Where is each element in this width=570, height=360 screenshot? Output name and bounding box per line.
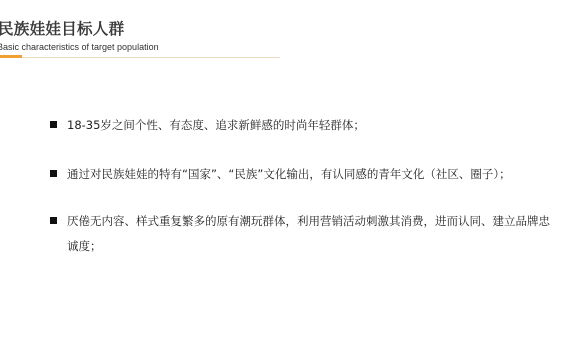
list-item-text: 通过对民族娃娃的特有“国家”、“民族”文化输出，有认同感的青年文化（社区、圈子）… <box>67 167 511 181</box>
list-item: 通过对民族娃娃的特有“国家”、“民族”文化输出，有认同感的青年文化（社区、圈子）… <box>50 162 560 187</box>
list-item: 厌倦无内容、样式重复繁多的原有潮玩群体，利用营销活动刺激其消费，进而认同、建立品… <box>50 209 560 259</box>
square-bullet-icon <box>50 170 57 177</box>
page-subtitle: Basic characteristics of target populati… <box>0 42 159 52</box>
page-title: 民族娃娃目标人群 <box>0 17 124 39</box>
bullet-list: 18-35岁之间个性、有态度、追求新鲜感的时尚年轻群体； 通过对民族娃娃的特有“… <box>50 113 560 259</box>
list-item-text: 18-35岁之间个性、有态度、追求新鲜感的时尚年轻群体； <box>67 118 365 132</box>
list-item: 18-35岁之间个性、有态度、追求新鲜感的时尚年轻群体； <box>50 113 560 138</box>
list-item-text: 厌倦无内容、样式重复繁多的原有潮玩群体，利用营销活动刺激其消费，进而认同、建立品… <box>67 214 550 253</box>
square-bullet-icon <box>50 217 57 224</box>
square-bullet-icon <box>50 121 57 128</box>
title-accent-bar <box>0 55 22 58</box>
title-divider <box>0 57 280 58</box>
